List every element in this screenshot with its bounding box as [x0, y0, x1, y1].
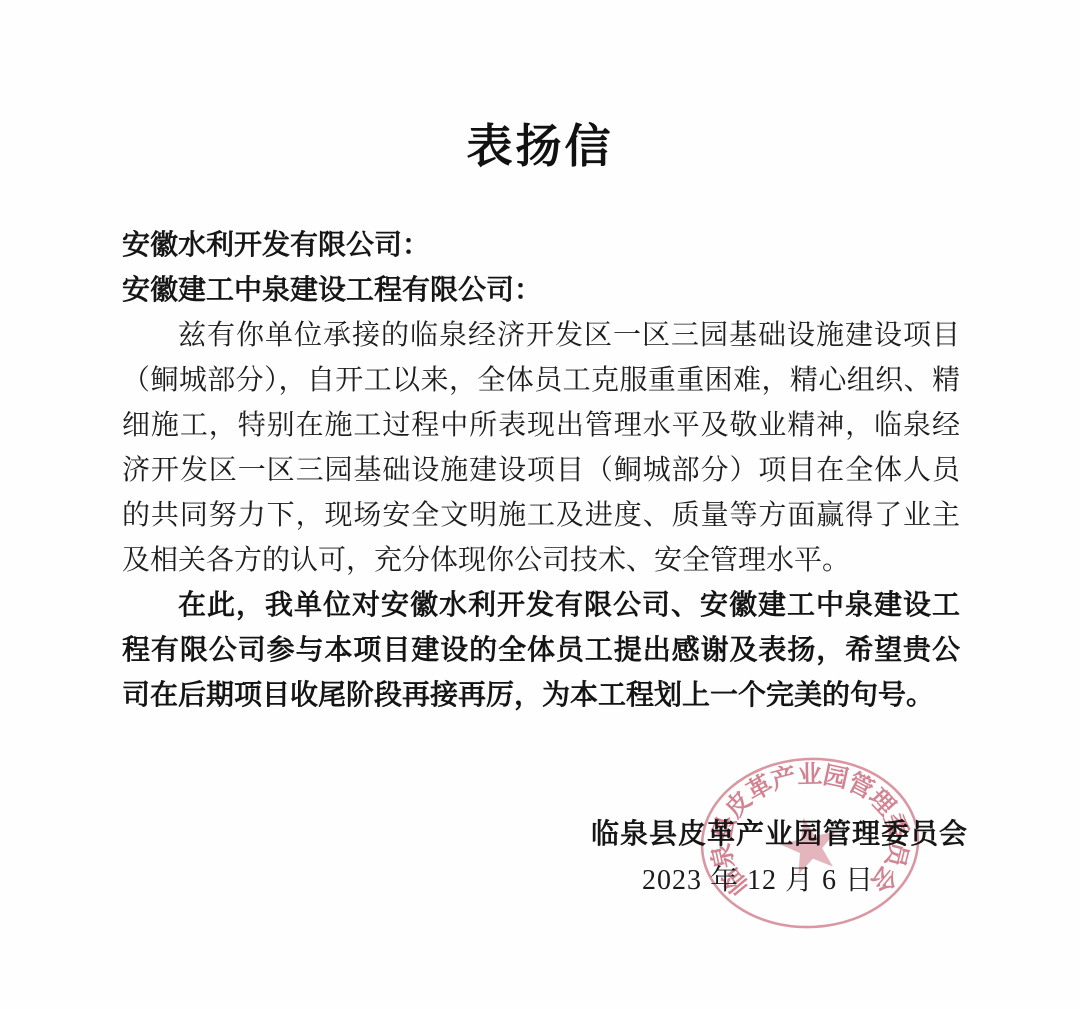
recipient-line-2: 安徽建工中泉建设工程有限公司：: [122, 268, 960, 313]
signature-date: 2023 年 12 月 6 日: [642, 858, 874, 898]
signature-organization: 临泉县皮革产业园管理委员会: [591, 812, 968, 852]
letter-page: 表扬信 安徽水利开发有限公司： 安徽建工中泉建设工程有限公司： 兹有你单位承接的…: [0, 0, 1080, 1009]
letter-body: 安徽水利开发有限公司： 安徽建工中泉建设工程有限公司： 兹有你单位承接的临泉经济…: [122, 223, 960, 718]
body-paragraph-1: 兹有你单位承接的临泉经济开发区一区三园基础设施建设项目（鲖城部分），自开工以来，…: [122, 313, 960, 583]
letter-title: 表扬信: [0, 122, 1080, 172]
recipient-line-1: 安徽水利开发有限公司：: [122, 223, 960, 268]
body-paragraph-2: 在此，我单位对安徽水利开发有限公司、安徽建工中泉建设工程有限公司参与本项目建设的…: [122, 583, 960, 718]
